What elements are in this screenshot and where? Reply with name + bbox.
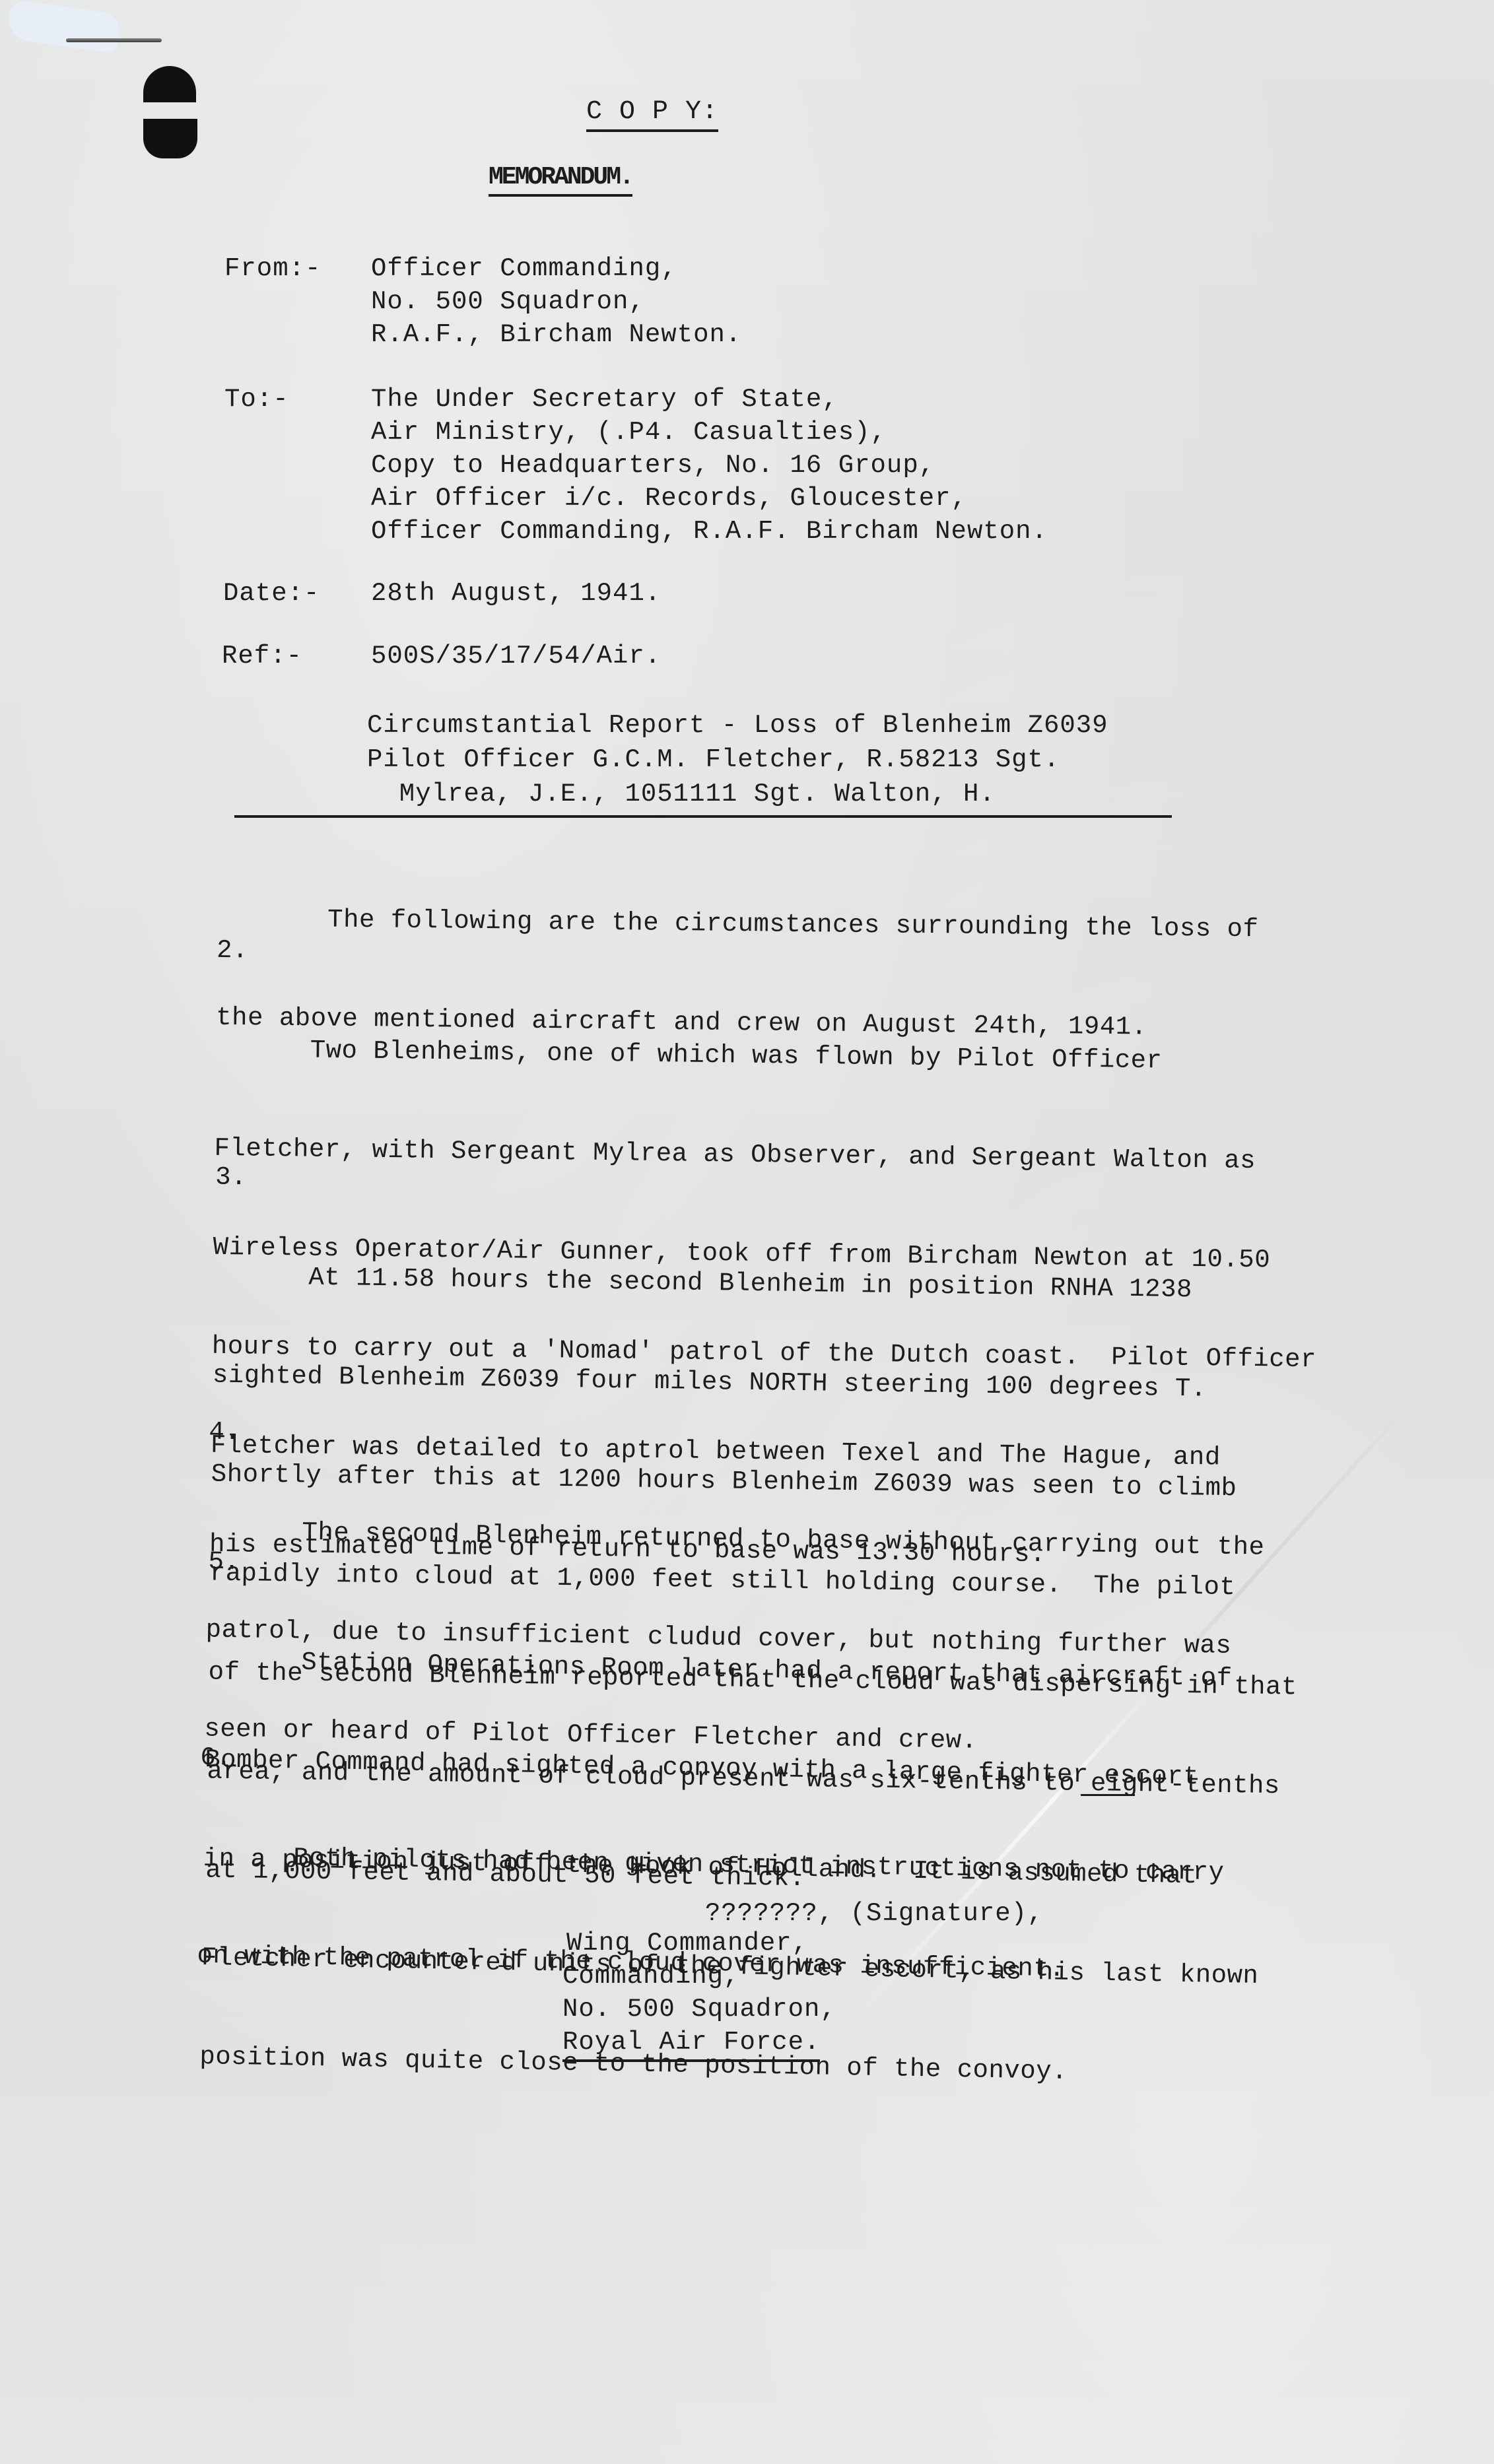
to-label: To:-: [224, 387, 289, 413]
paragraph-line: Two Blenheims, one of which was flown by…: [215, 1033, 1320, 1079]
paragraph-number: 2.: [217, 934, 248, 968]
ref-label: Ref:-: [222, 644, 302, 669]
paragraph-line: sighted Blenheim Z6039 four miles NORTH …: [213, 1359, 1302, 1407]
paragraph-number: 5.: [208, 1545, 240, 1579]
to-line: Officer Commanding, R.A.F. Bircham Newto…: [371, 519, 1048, 545]
subject-underline: [234, 815, 1172, 818]
signature-line: Royal Air Force.: [562, 2030, 820, 2062]
subject-line: Pilot Officer G.C.M. Fletcher, R.58213 S…: [367, 747, 1060, 773]
from-line: R.A.F., Bircham Newton.: [371, 322, 741, 348]
paragraph-number: 6.: [200, 1741, 232, 1775]
subject-line: Mylrea, J.E., 1051111 Sgt. Walton, H.: [367, 782, 996, 807]
to-line: Air Officer i/c. Records, Gloucester,: [371, 486, 967, 512]
from-label: From:-: [224, 256, 321, 282]
date-label: Date:-: [223, 581, 320, 607]
signature-line: No. 500 Squadron,: [562, 1997, 836, 2022]
from-line: Officer Commanding,: [371, 256, 677, 282]
paragraph-line: At 11.58 hours the second Blenheim in po…: [214, 1260, 1303, 1308]
date-value: 28th August, 1941.: [371, 581, 661, 607]
to-line: Copy to Headquarters, No. 16 Group,: [371, 453, 935, 479]
not-underline: [1081, 1794, 1135, 1796]
from-line: No. 500 Squadron,: [371, 289, 645, 315]
paragraph-line: Station Operations Room later had a repo…: [206, 1644, 1264, 1696]
paragraph-number: 4.: [209, 1415, 241, 1449]
memorandum-heading: MEMORANDUM.: [489, 165, 632, 197]
pin-icon: [66, 38, 162, 42]
memorandum-page: C O P Y: MEMORANDUM. From:- Officer Comm…: [0, 0, 1494, 2464]
signature: ???????, (Signature),: [705, 1901, 1043, 1927]
punch-hole-icon: [143, 66, 197, 162]
to-line: The Under Secretary of State,: [371, 387, 838, 413]
signature-line: Commanding,: [562, 1964, 739, 1989]
to-line: Air Ministry, (.P4. Casualties),: [371, 420, 887, 446]
copy-heading: C O P Y:: [586, 99, 718, 132]
paragraph-line: Both pilots had been given strict instru…: [198, 1840, 1224, 1889]
subject-line: Circumstantial Report - Loss of Blenheim…: [367, 713, 1108, 739]
ref-value: 500S/35/17/54/Air.: [371, 644, 661, 669]
paper-tear: [6, 0, 123, 54]
paragraph-number: 3.: [215, 1161, 248, 1195]
signature-line: Wing Commander,: [566, 1931, 808, 1956]
